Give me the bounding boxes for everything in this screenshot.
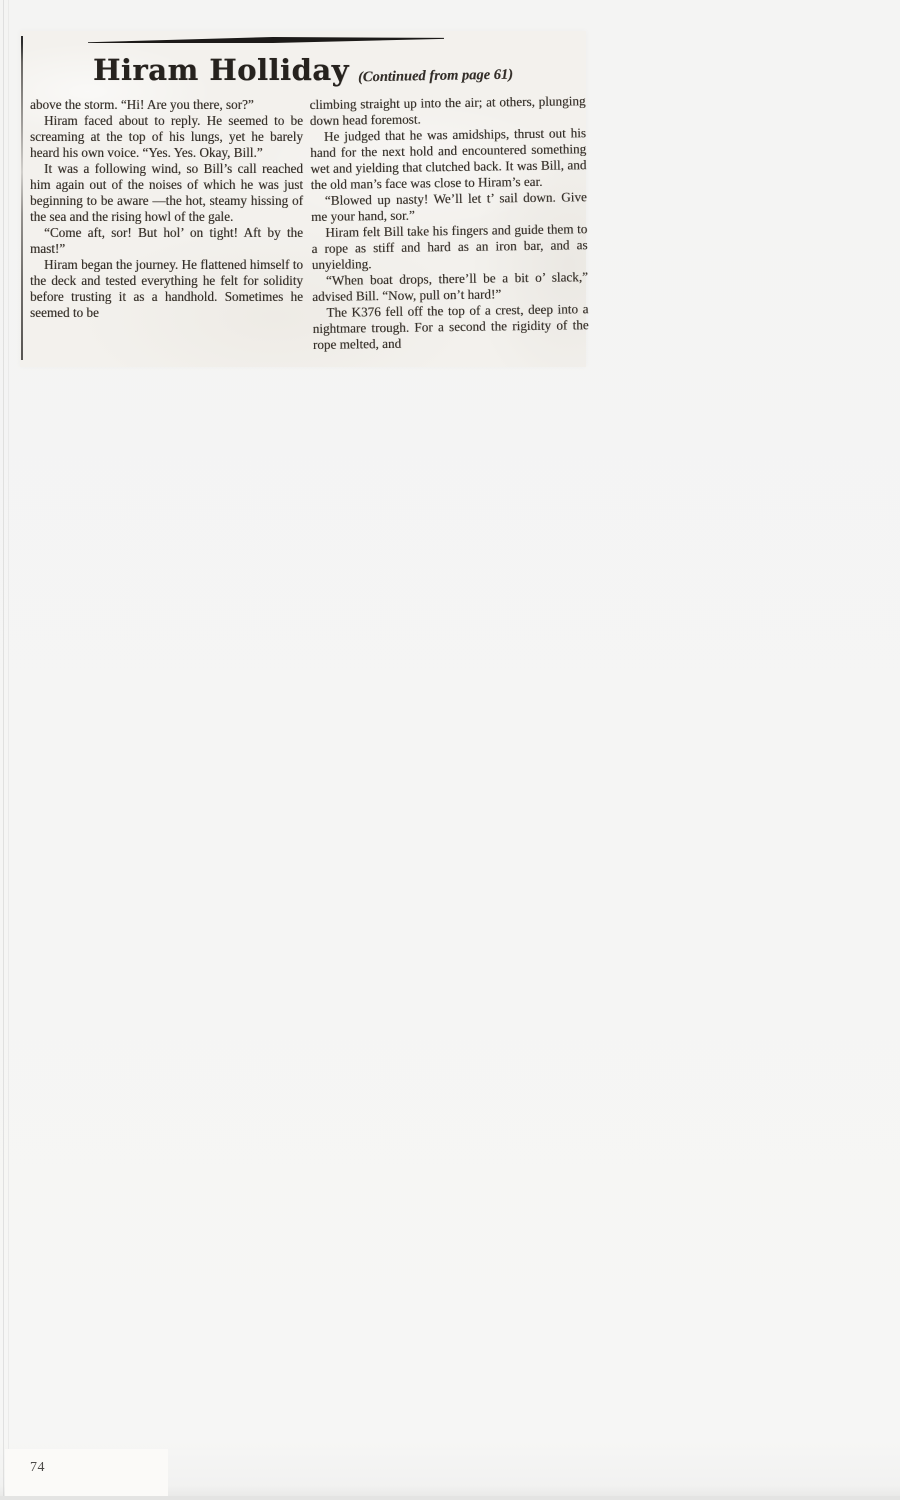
- article-title: Hiram Holliday: [93, 53, 349, 87]
- paragraph: climbing straight up into the air; at ot…: [309, 93, 585, 129]
- article-masthead: Hiram Holliday(Continued from page 61): [20, 53, 586, 87]
- paragraph: He judged that he was amidships, thrust …: [310, 125, 587, 193]
- scan-edge-artifact: [3, 0, 4, 1500]
- scanned-magazine-page: { "article": { "title": "Hiram Holliday"…: [0, 0, 900, 1500]
- newspaper-clipping: Hiram Holliday(Continued from page 61) a…: [20, 31, 586, 367]
- text-column-left: above the storm. “Hi! Are you there, sor…: [30, 97, 303, 321]
- paragraph: “Come aft, sor! But hol’ on tight! Aft b…: [30, 225, 303, 257]
- page-number: 74: [30, 1460, 45, 1476]
- text-column-right: climbing straight up into the air; at ot…: [309, 93, 589, 353]
- tapered-headline-rule: [88, 34, 446, 46]
- page-bottom-edge: [0, 1496, 900, 1500]
- scan-edge-artifact: [8, 0, 9, 1500]
- paragraph: Hiram felt Bill take his fingers and gui…: [311, 221, 588, 273]
- paragraph: The K376 fell off the top of a crest, de…: [312, 301, 589, 353]
- paragraph: Hiram faced about to reply. He seemed to…: [30, 113, 303, 161]
- paragraph: above the storm. “Hi! Are you there, sor…: [30, 97, 303, 113]
- paragraph: “Blowed up nasty! We’ll let t’ sail down…: [311, 189, 587, 225]
- paragraph: It was a following wind, so Bill’s call …: [30, 161, 303, 225]
- paragraph: “When boat drops, there’ll be a bit o’ s…: [312, 269, 588, 305]
- paragraph: Hiram began the journey. He flattened hi…: [30, 257, 303, 321]
- continued-from-note: (Continued from page 61): [358, 67, 513, 87]
